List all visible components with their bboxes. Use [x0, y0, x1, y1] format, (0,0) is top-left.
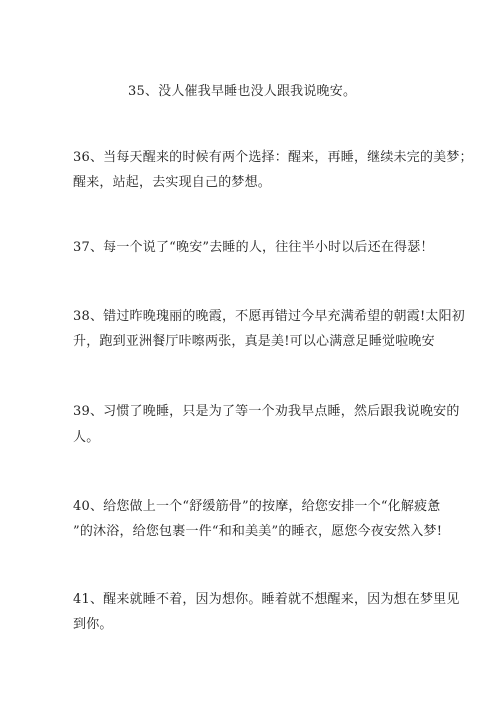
paragraph-41-line-1: 41、醒来就睡不着，因为想你。睡着就不想醒来，因为想在梦里见: [73, 592, 460, 608]
paragraph-39-line-2: 人。: [73, 430, 99, 446]
paragraph-35-line-1: 35、没人催我早睡也没人跟我说晚安。: [128, 84, 356, 100]
paragraph-38-line-2: 升，跑到亚洲餐厅咔嚓两张，真是美!可以心满意足睡觉啦晚安: [73, 334, 435, 350]
paragraph-38-line-1: 38、错过昨晚瑰丽的晚霞，不愿再错过今早充满希望的朝霞!太阳初: [73, 309, 465, 325]
paragraph-40-line-2: ”的沐浴，给您包裹一件“和和美美”的睡衣，愿您今夜安然入梦!: [73, 524, 442, 540]
paragraph-39-line-1: 39、习惯了晚睡，只是为了等一个劝我早点睡，然后跟我说晚安的: [73, 404, 460, 420]
paragraph-41-line-2: 到你。: [73, 617, 113, 633]
paragraph-36-line-1: 36、当每天醒来的时候有两个选择：醒来，再睡，继续未完的美梦；: [73, 150, 473, 166]
paragraph-37-line-1: 37、每一个说了“晚安”去睡的人，往往半小时以后还在得瑟！: [73, 240, 434, 256]
paragraph-40-line-1: 40、给您做上一个“舒缓筋骨”的按摩，给您安排一个“化解疲惫: [73, 499, 440, 515]
paragraph-36-line-2: 醒来，站起，去实现自己的梦想。: [73, 175, 271, 191]
